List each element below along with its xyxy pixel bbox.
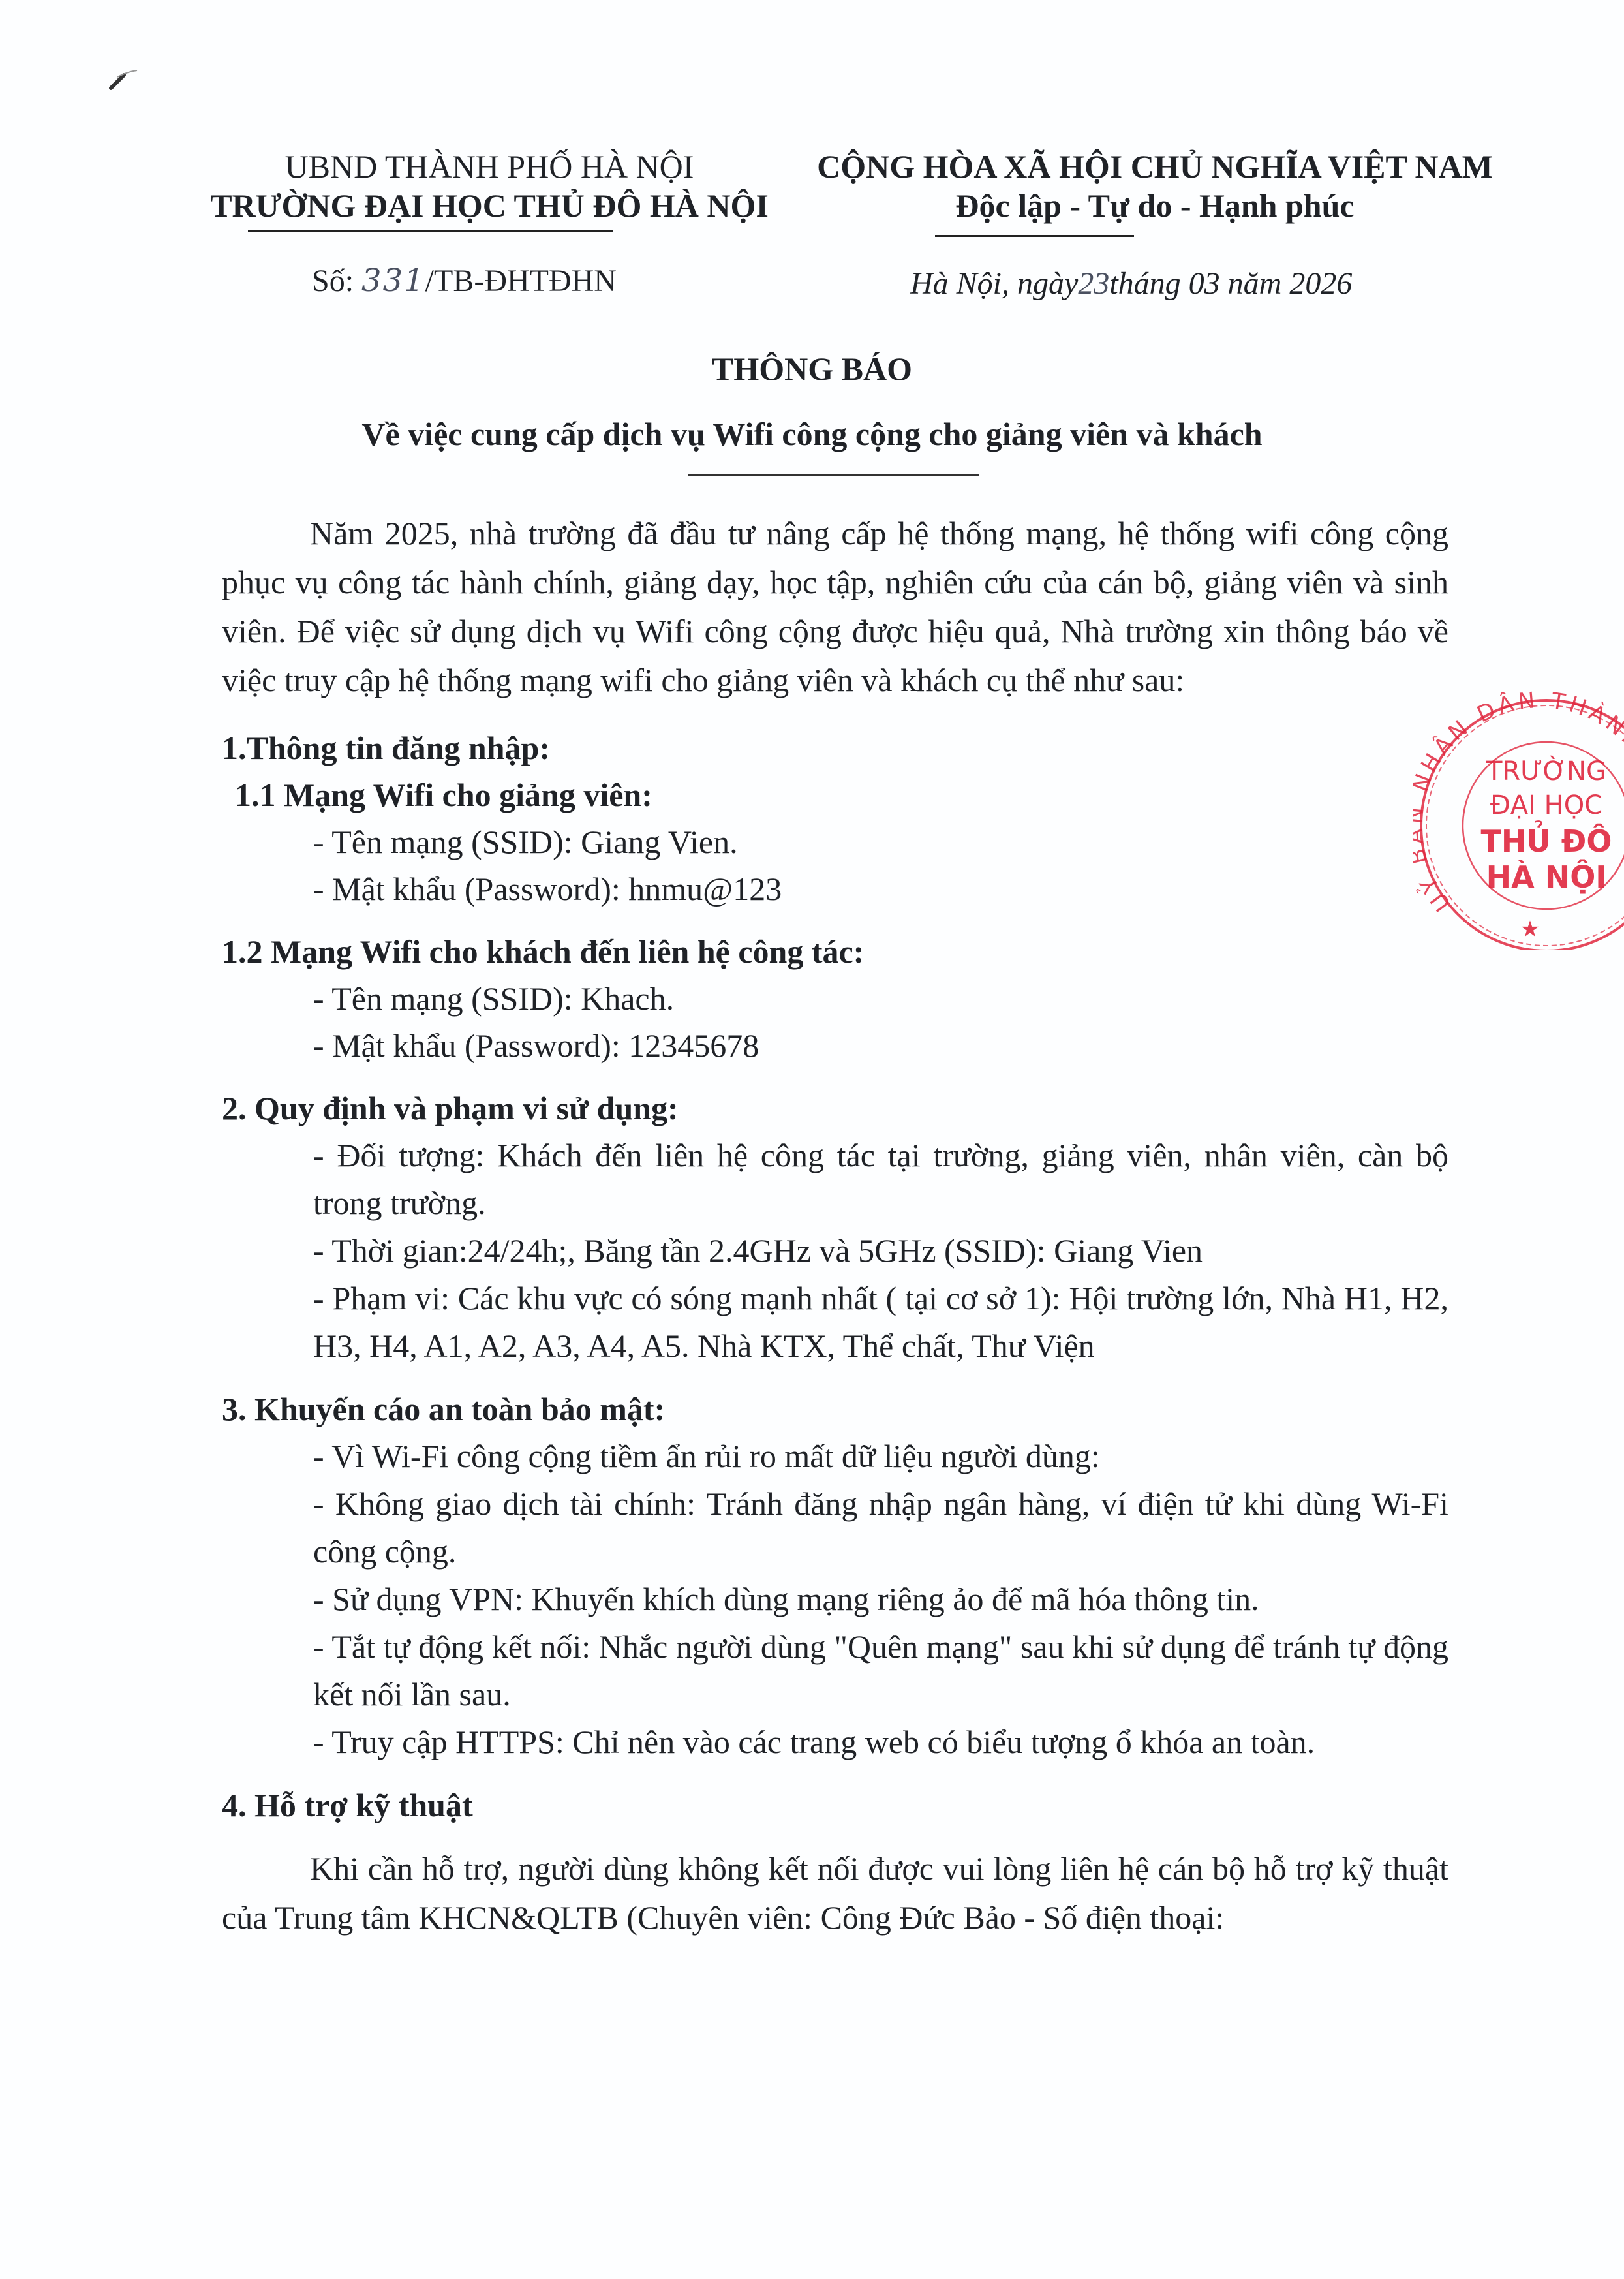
section-3-heading: 3. Khuyến cáo an toàn bảo mật: (222, 1386, 1448, 1433)
document-title: THÔNG BÁO (0, 349, 1624, 388)
section-1-heading: 1.Thông tin đăng nhập: (222, 724, 1448, 771)
section-2-heading: 2. Quy định và phạm vi sử dụng: (222, 1085, 1448, 1132)
security-tip: - Truy cập HTTPS: Chỉ nên vào các trang … (222, 1718, 1448, 1766)
section-1-2-heading: 1.2 Mạng Wifi cho khách đến liên hệ công… (222, 928, 1448, 975)
stamp-line: TRƯỜNG (1486, 755, 1606, 786)
header-left: UBND THÀNH PHỐ HÀ NỘI TRƯỜNG ĐẠI HỌC THỦ… (176, 147, 803, 225)
date-prefix: Hà Nội, ngày (910, 266, 1078, 301)
guest-password: - Mật khẩu (Password): 12345678 (222, 1022, 1448, 1069)
title-rule (688, 474, 979, 476)
lecturer-ssid: - Tên mạng (SSID): Giang Vien. (222, 818, 1448, 865)
doc-number-suffix: /TB-ĐHTĐHN (425, 264, 617, 298)
motto-underline (935, 235, 1134, 237)
document-body: Năm 2025, nhà trường đã đầu tư nâng cấp … (222, 509, 1448, 1942)
support-paragraph: Khi cần hỗ trợ, người dùng không kết nối… (222, 1844, 1448, 1942)
section-4-heading: 4. Hỗ trợ kỹ thuật (222, 1782, 1448, 1829)
security-tip: - Vì Wi-Fi công cộng tiềm ẩn rủi ro mất … (222, 1433, 1448, 1480)
date-day-handwritten: 23 (1078, 266, 1109, 301)
date-suffix: tháng 03 năm 2026 (1109, 266, 1352, 301)
document-subtitle: Về việc cung cấp dịch vụ Wifi công cộng … (0, 414, 1624, 454)
country-name: CỘNG HÒA XÃ HỘI CHỦ NGHĨA VIỆT NAM (796, 147, 1514, 186)
usage-scope: - Phạm vi: Các khu vực có sóng mạnh nhất… (222, 1275, 1448, 1370)
usage-audience: - Đối tượng: Khách đến liên hệ công tác … (222, 1132, 1448, 1227)
stamp-line: HÀ NỘI (1486, 860, 1607, 895)
document-date: Hà Nội, ngày23tháng 03 năm 2026 (910, 264, 1352, 303)
security-tip: - Sử dụng VPN: Khuyến khích dùng mạng ri… (222, 1575, 1448, 1623)
header-right: CỘNG HÒA XÃ HỘI CHỦ NGHĨA VIỆT NAM Độc l… (796, 147, 1514, 225)
institution-name: TRƯỜNG ĐẠI HỌC THỦ ĐÔ HÀ NỘI (176, 186, 803, 225)
agency-name: UBND THÀNH PHỐ HÀ NỘI (176, 147, 803, 186)
lecturer-password: - Mật khẩu (Password): hnmu@123 (222, 865, 1448, 912)
institution-underline (248, 230, 613, 232)
usage-time: - Thời gian:24/24h;, Băng tần 2.4GHz và … (222, 1227, 1448, 1275)
star-icon: ★ (1520, 916, 1540, 942)
security-tip: - Không giao dịch tài chính: Tránh đăng … (222, 1480, 1448, 1575)
guest-ssid: - Tên mạng (SSID): Khach. (222, 975, 1448, 1022)
national-motto: Độc lập - Tự do - Hạnh phúc (796, 186, 1514, 225)
doc-number-label: Số: (312, 264, 361, 298)
doc-number-handwritten: 331 (361, 262, 425, 299)
intro-paragraph: Năm 2025, nhà trường đã đầu tư nâng cấp … (222, 509, 1448, 705)
document-number: Số: 331/TB-ĐHTĐHN (312, 261, 617, 301)
stamp-line: ĐẠI HỌC (1490, 790, 1602, 820)
stamp-line: THỦ ĐÔ (1481, 820, 1612, 859)
scan-artifact-mark (98, 52, 157, 91)
section-1-1-heading: 1.1 Mạng Wifi cho giảng viên: (222, 771, 1448, 818)
security-tip: - Tắt tự động kết nối: Nhắc người dùng "… (222, 1623, 1448, 1718)
official-stamp: UỶ BAN NHÂN DÂN THÀNH TRƯỜNG ĐẠI HỌC THỦ… (1413, 689, 1624, 950)
